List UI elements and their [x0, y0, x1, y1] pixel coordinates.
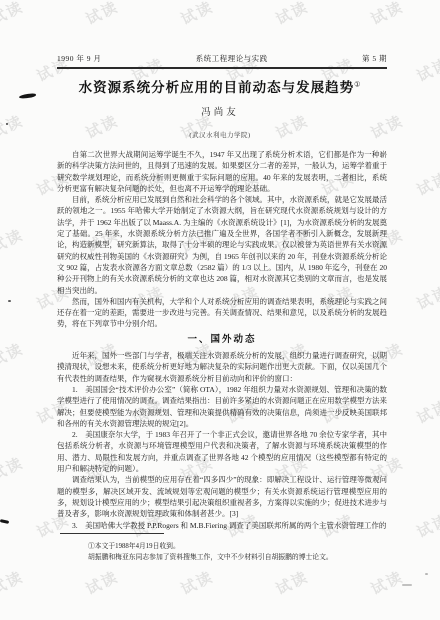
watermark-text: 试读: [0, 338, 27, 372]
body-paragraph: 自第二次世界大战期间运筹学诞生不久，1947 年又出现了系统分析术语，它们都是作…: [57, 149, 387, 194]
watermark-text: 试读: [413, 509, 440, 543]
watermark-text: 试读: [177, 0, 217, 29]
journal-date: 1990 年 9 月: [57, 53, 101, 64]
scan-speck-artifact: [425, 573, 428, 575]
footnotes: ①本文于1988年4月19日收到。 胡振鹏和梅亚东同志参加了资料搜集工作，文中不…: [88, 541, 387, 563]
watermark-text: 试读: [413, 167, 440, 201]
watermark-text: 试读: [0, 224, 27, 258]
watermark-text: 试读: [0, 566, 27, 600]
watermark-text: 试读: [0, 452, 27, 486]
author-name: 冯尚友: [0, 104, 440, 118]
watermark-text: 试读: [272, 566, 312, 600]
article-body: 自第二次世界大战期间运筹学诞生不久，1947 年又出现了系统分析术语，它们都是作…: [57, 149, 387, 531]
article-title-text: 水资源系统分析应用的目前动态与发展趋势: [79, 80, 355, 95]
watermark-text: 试读: [177, 566, 217, 600]
watermark-text: 试读: [413, 395, 440, 429]
body-paragraph: 3. 美国哈佛大学教授 P.P.Rogers 和 M.B.Fiering 调查了…: [57, 520, 387, 531]
watermark-text: 试读: [82, 566, 122, 600]
scan-dot-artifact: [8, 300, 11, 302]
journal-name: 系统工程理论与实践: [196, 53, 268, 64]
body-paragraph: 然而，国外和国内有关机构，大学和个人对系统分析应用的调查结果表明，系统理论与实践…: [57, 296, 387, 330]
watermark-text: 试读: [413, 281, 440, 315]
body-paragraph: 1. 美国国会“技术评价办公室”（简称 OTA），1982 年组织力量对水资源规…: [57, 384, 387, 429]
watermark-text: 试读: [82, 0, 122, 29]
header-rule: [57, 67, 387, 69]
footnote-line: ①本文于1988年4月19日收到。: [88, 541, 387, 552]
title-footnote-mark: ①: [354, 81, 361, 89]
journal-issue: 第 5 期: [362, 53, 387, 64]
watermark-text: 试读: [272, 0, 312, 29]
body-paragraph: 目前，系统分析应用已发展到自然和社会科学的各个领域。其中，水资源系统，就是它发展…: [57, 194, 387, 296]
body-paragraph: 2. 美国康奈尔大学，于 1983 年召开了一个非正式会议，邀请世界各地 70 …: [57, 429, 387, 474]
watermark-text: 试读: [367, 566, 407, 600]
watermark-text: 试读: [0, 0, 27, 29]
scan-speck-artifact: [402, 584, 412, 586]
article-title: 水资源系统分析应用的目前动态与发展趋势①: [0, 76, 440, 96]
author-affiliation: (武汉水利电力学院): [0, 130, 440, 139]
body-paragraph: 调查结果认为，当前模型的应用存在着“四多四少”的现象：即解决工程设计、运行管理等…: [57, 474, 387, 519]
scan-dot-artifact: [6, 123, 8, 125]
document-page: 试读试读试读试读试读试读试读试读试读试读试读试读试读试读试读试读试读试读试读试读…: [0, 0, 440, 620]
body-paragraph: 近年来，国外一些部门与学者，极端关注水资源系统分析的发展，组织力量进行调查研究，…: [57, 350, 387, 384]
scan-dash-artifact: [0, 519, 9, 524]
watermark-text: 试读: [367, 0, 407, 29]
journal-header: 1990 年 9 月 系统工程理论与实践 第 5 期: [57, 53, 387, 64]
footnote-line: 胡振鹏和梅亚东同志参加了资料搜集工作，文中不少材料引自胡振鹏的博士论文。: [88, 552, 387, 563]
footnote-rule: [60, 533, 164, 534]
section-heading: 一、国外动态: [57, 335, 387, 346]
